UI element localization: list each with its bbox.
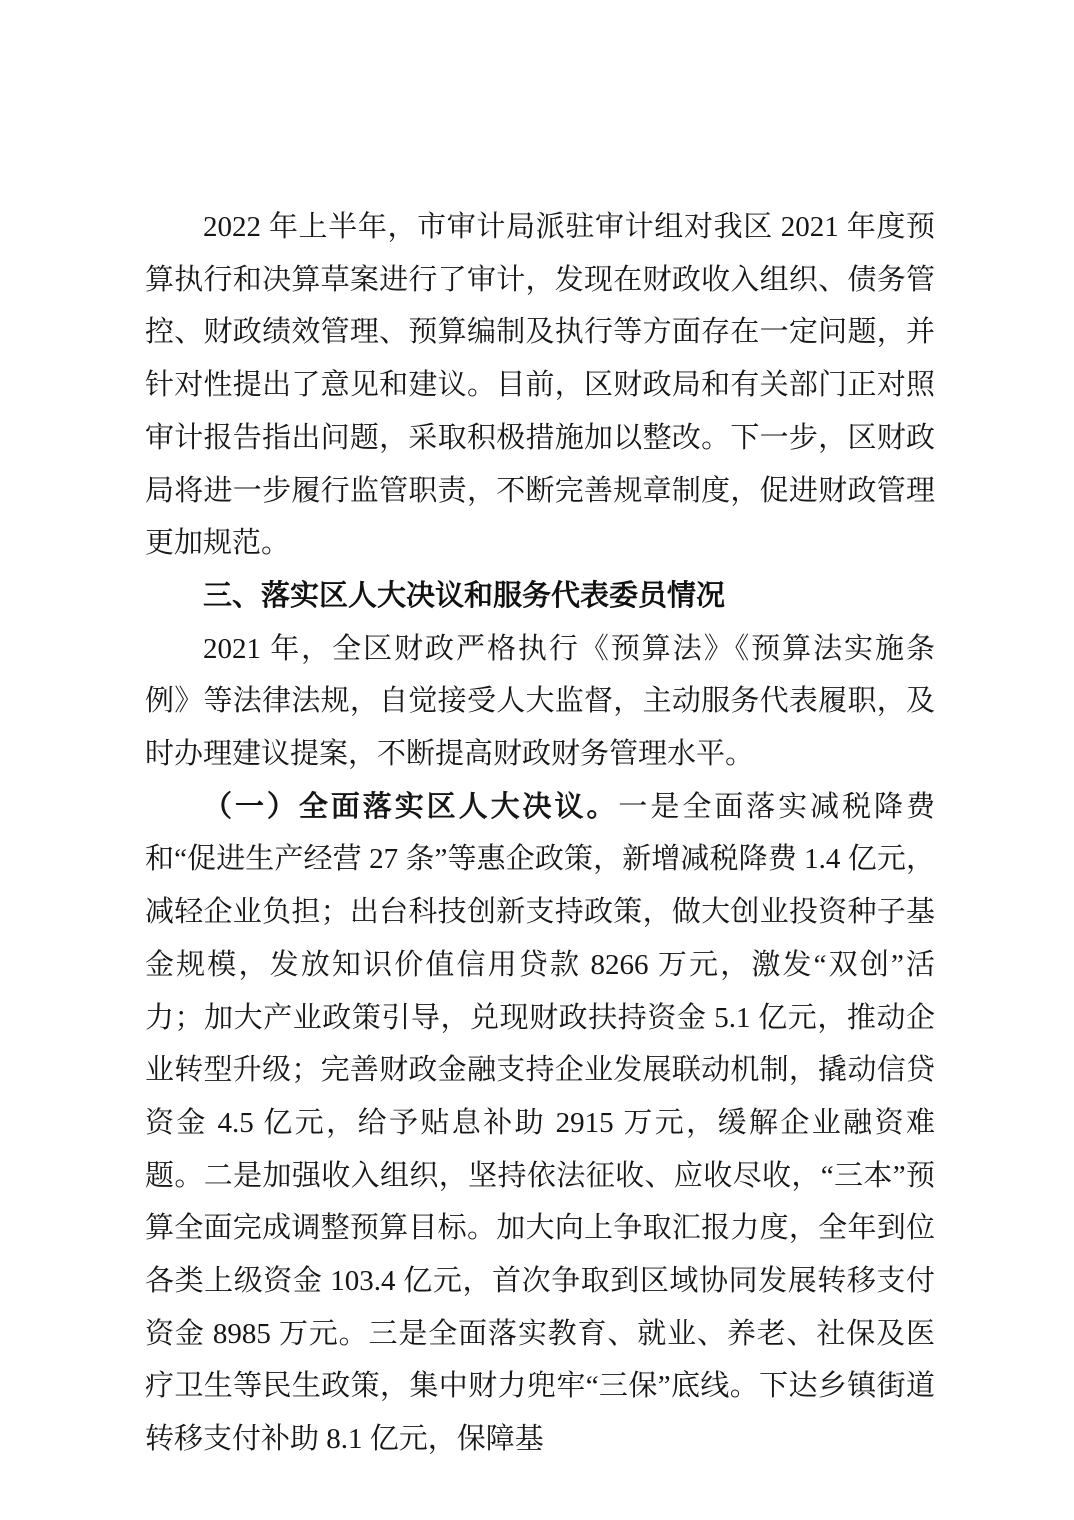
paragraph-audit-summary: 2022 年上半年，市审计局派驻审计组对我区 2021 年度预算执行和决算草案进… (145, 201, 935, 570)
subsection-title-lead: （一）全面落实区人大决议。 (203, 791, 618, 823)
document-page: 2022 年上半年，市审计局派驻审计组对我区 2021 年度预算执行和决算草案进… (0, 0, 1074, 1520)
section-heading-3: 三、落实区人大决议和服务代表委员情况 (145, 570, 935, 623)
subsection-body-text: 一是全面落实减税降费和“促进生产经营 27 条”等惠企政策，新增减税降费 1.4… (145, 791, 935, 1455)
paragraph-npc-decisions: （一）全面落实区人大决议。一是全面落实减税降费和“促进生产经营 27 条”等惠企… (145, 781, 935, 1466)
paragraph-npc-compliance: 2021 年，全区财政严格执行《预算法》《预算法实施条例》等法律法规，自觉接受人… (145, 623, 935, 781)
